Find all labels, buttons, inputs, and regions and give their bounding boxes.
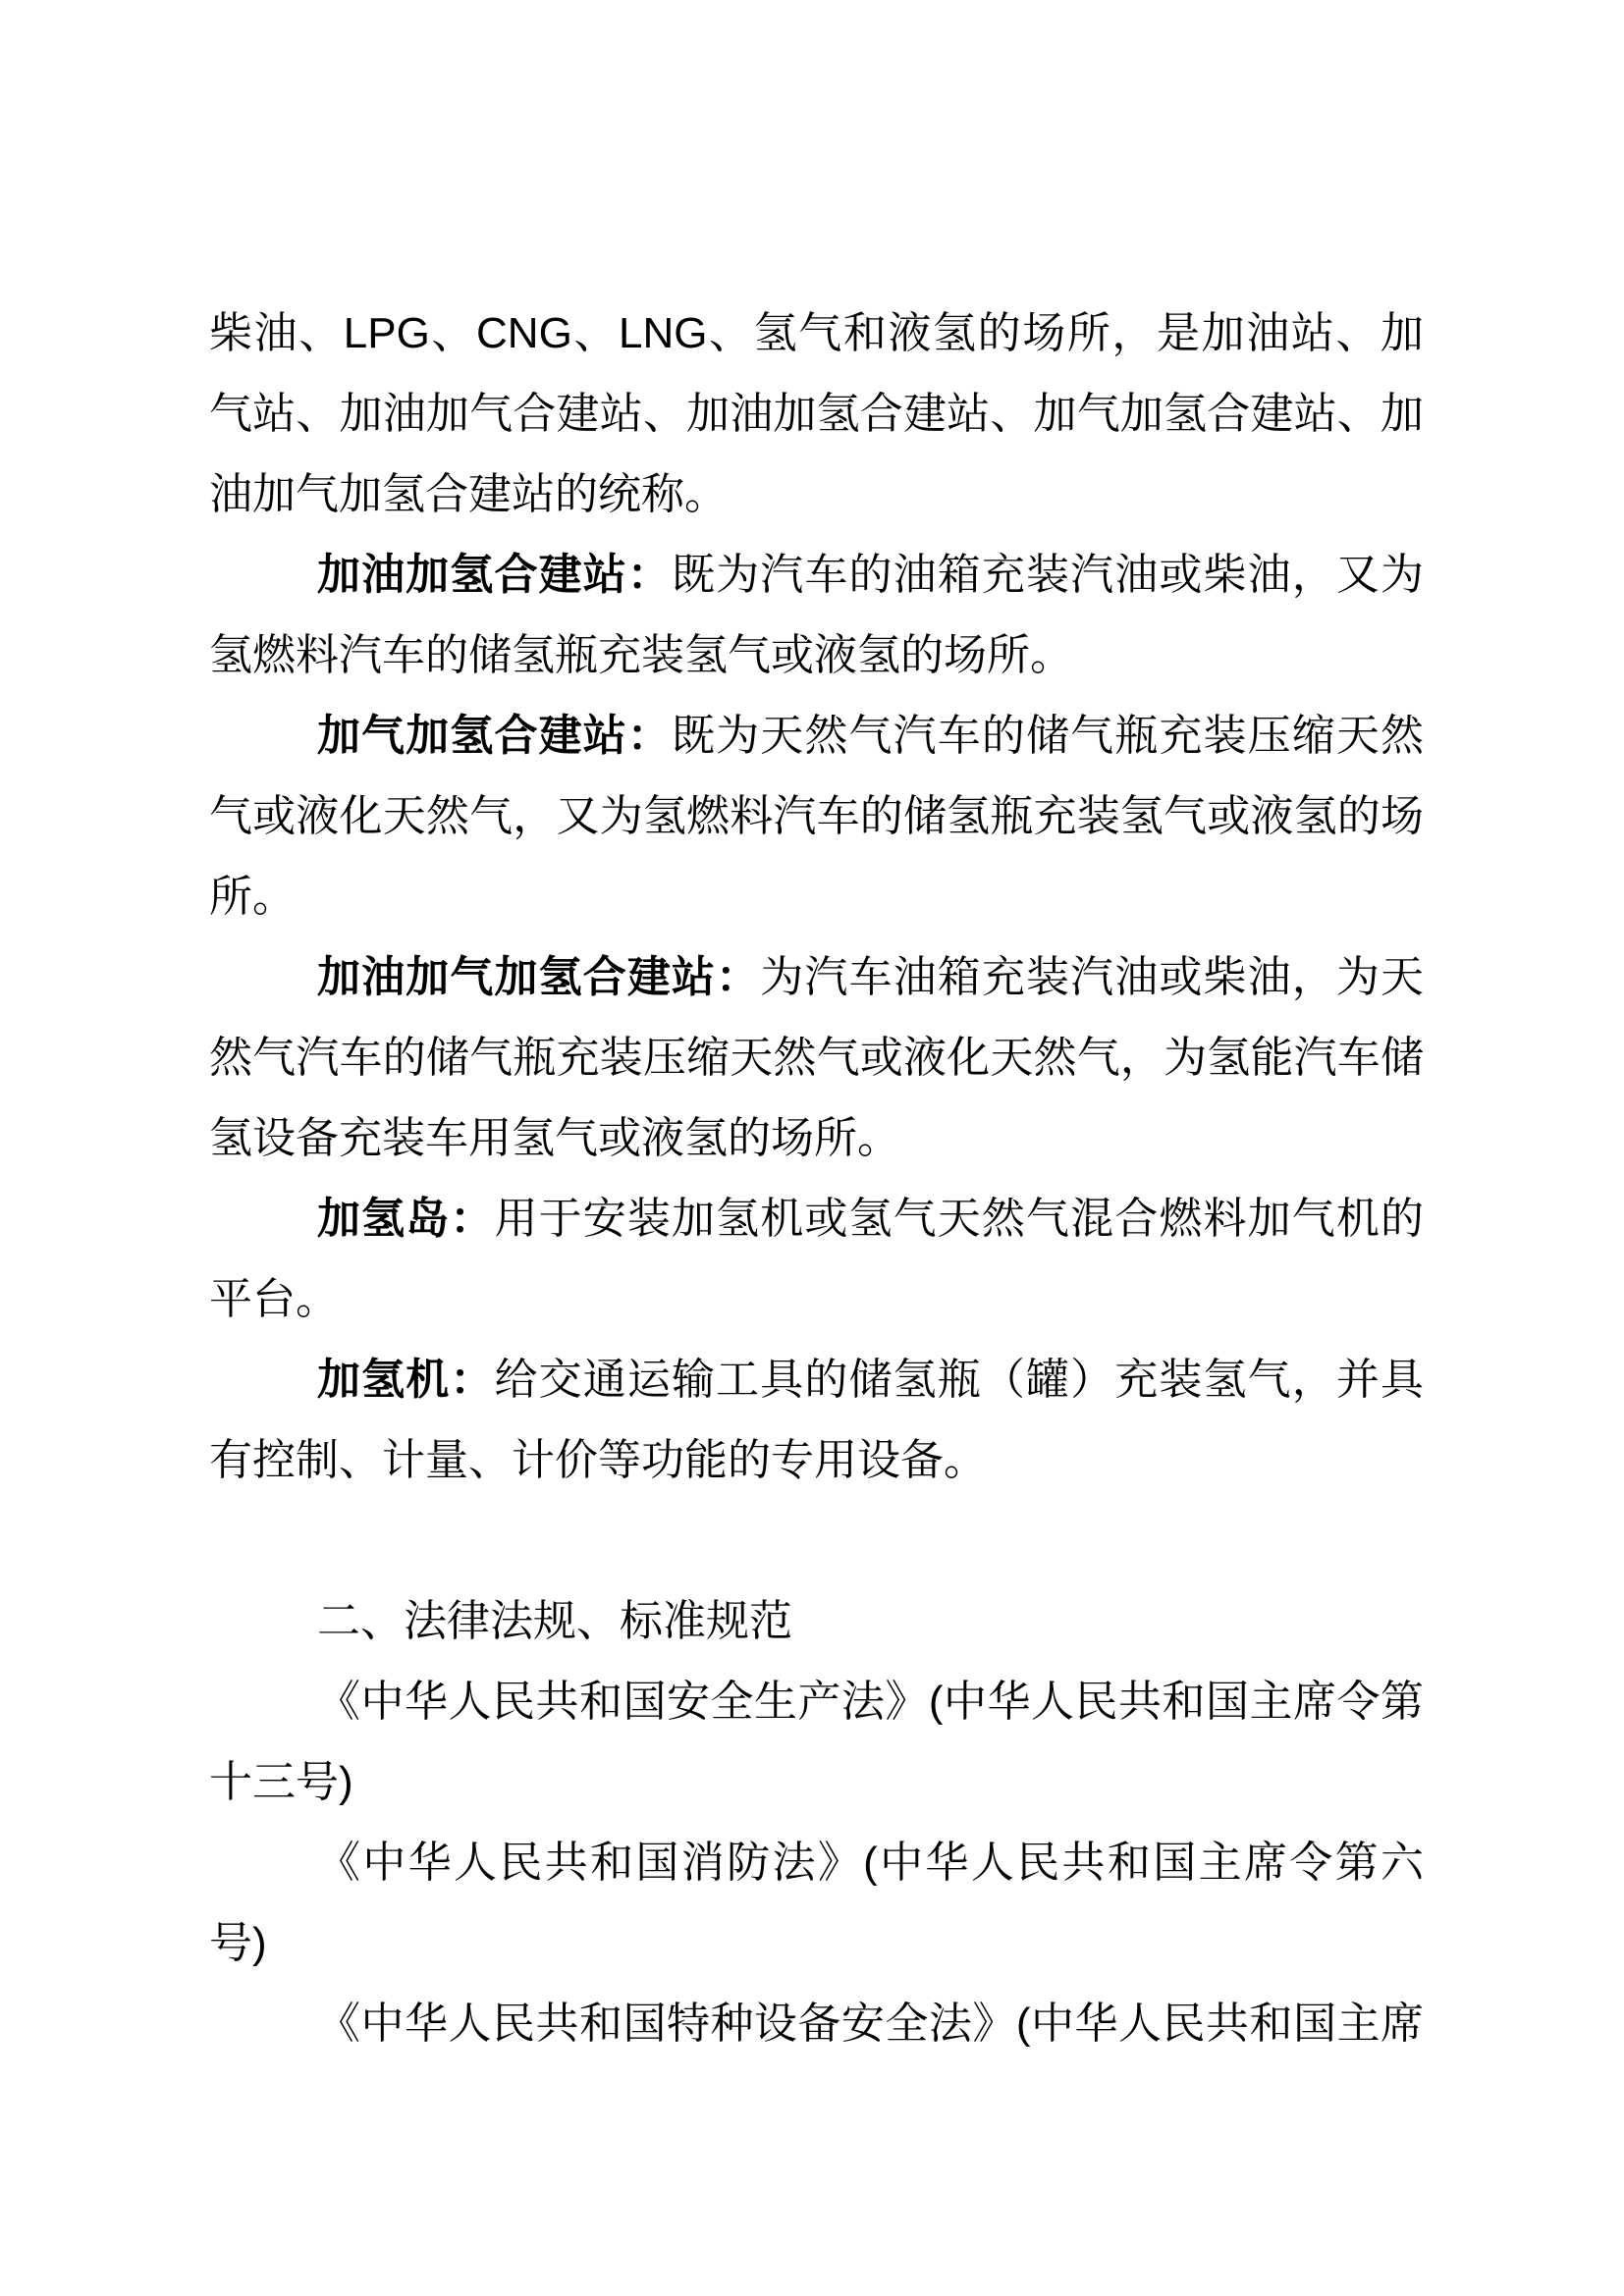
text-line: 加氢机：给交通运输工具的储氢瓶（罐）充装氢气，并具 — [209, 1340, 1424, 1420]
document-page: 柴油、LPG、CNG、LNG、氢气和液氢的场所，是加油站、加气站、加油加气合建站… — [0, 0, 1624, 2296]
text-line: 加油加气加氢合建站：为汽车油箱充装汽油或柴油，为天 — [209, 937, 1424, 1018]
definition-term: 加氢岛： — [317, 1195, 495, 1243]
law-item-production-safety-law: 《中华人民共和国安全生产法》(中华人民共和国主席令第十三号) — [209, 1662, 1424, 1823]
definition-term: 加油加气加氢合建站： — [317, 953, 760, 1001]
law-item-special-equipment-safety-law: 《中华人民共和国特种设备安全法》(中华人民共和国主席 — [209, 1984, 1424, 2064]
section-heading-text: 二、法律法规、标准规范 — [209, 1581, 1424, 1662]
definition-hydrogen-island: 加氢岛：用于安装加氢机或氢气天然气混合燃料加气机的平台。 — [209, 1179, 1424, 1340]
text-line: 十三号) — [209, 1742, 1424, 1823]
definition-oil-gas-hydrogen-combined-station: 加油加气加氢合建站：为汽车油箱充装汽油或柴油，为天然气汽车的储气瓶充装压缩天然气… — [209, 937, 1424, 1179]
text-line: 有控制、计量、计价等功能的专用设备。 — [209, 1420, 1424, 1501]
text-line: 油加气加氢合建站的统称。 — [209, 454, 1424, 535]
text-line: 所。 — [209, 857, 1424, 937]
text-line: 加油加氢合建站：既为汽车的油箱充装汽油或柴油，又为 — [209, 535, 1424, 615]
paragraph-fuel-station-definition-continued: 柴油、LPG、CNG、LNG、氢气和液氢的场所，是加油站、加气站、加油加气合建站… — [209, 294, 1424, 535]
text-line: 《中华人民共和国安全生产法》(中华人民共和国主席令第 — [209, 1662, 1424, 1742]
definition-hydrogen-dispenser: 加氢机：给交通运输工具的储氢瓶（罐）充装氢气，并具有控制、计量、计价等功能的专用… — [209, 1340, 1424, 1501]
definition-gas-hydrogen-combined-station: 加气加氢合建站：既为天然气汽车的储气瓶充装压缩天然气或液化天然气，又为氢燃料汽车… — [209, 696, 1424, 937]
definition-oil-hydrogen-combined-station: 加油加氢合建站：既为汽车的油箱充装汽油或柴油，又为氢燃料汽车的储氢瓶充装氢气或液… — [209, 535, 1424, 696]
text-line: 柴油、LPG、CNG、LNG、氢气和液氢的场所，是加油站、加 — [209, 294, 1424, 374]
text-line: 加氢岛：用于安装加氢机或氢气天然气混合燃料加气机的 — [209, 1179, 1424, 1259]
text-line: 氢燃料汽车的储氢瓶充装氢气或液氢的场所。 — [209, 615, 1424, 696]
definition-term: 加油加氢合建站： — [317, 551, 672, 599]
definition-term: 加氢机： — [317, 1356, 495, 1404]
text-line: 《中华人民共和国特种设备安全法》(中华人民共和国主席 — [209, 1984, 1424, 2064]
text-line: 《中华人民共和国消防法》(中华人民共和国主席令第六 — [209, 1823, 1424, 1903]
page-content: 柴油、LPG、CNG、LNG、氢气和液氢的场所，是加油站、加气站、加油加气合建站… — [209, 294, 1424, 2064]
section-heading-laws-regulations: 二、法律法规、标准规范 — [209, 1581, 1424, 1662]
text-line: 气站、加油加气合建站、加油加氢合建站、加气加氢合建站、加 — [209, 374, 1424, 454]
text-line: 号) — [209, 1903, 1424, 1984]
text-line: 加气加氢合建站：既为天然气汽车的储气瓶充装压缩天然 — [209, 696, 1424, 776]
text-line: 然气汽车的储气瓶充装压缩天然气或液化天然气，为氢能汽车储 — [209, 1018, 1424, 1098]
text-line: 平台。 — [209, 1259, 1424, 1340]
text-line: 气或液化天然气，又为氢燃料汽车的储氢瓶充装氢气或液氢的场 — [209, 776, 1424, 857]
text-line: 氢设备充装车用氢气或液氢的场所。 — [209, 1098, 1424, 1179]
definition-term: 加气加氢合建站： — [317, 712, 672, 760]
law-item-fire-protection-law: 《中华人民共和国消防法》(中华人民共和国主席令第六号) — [209, 1823, 1424, 1984]
